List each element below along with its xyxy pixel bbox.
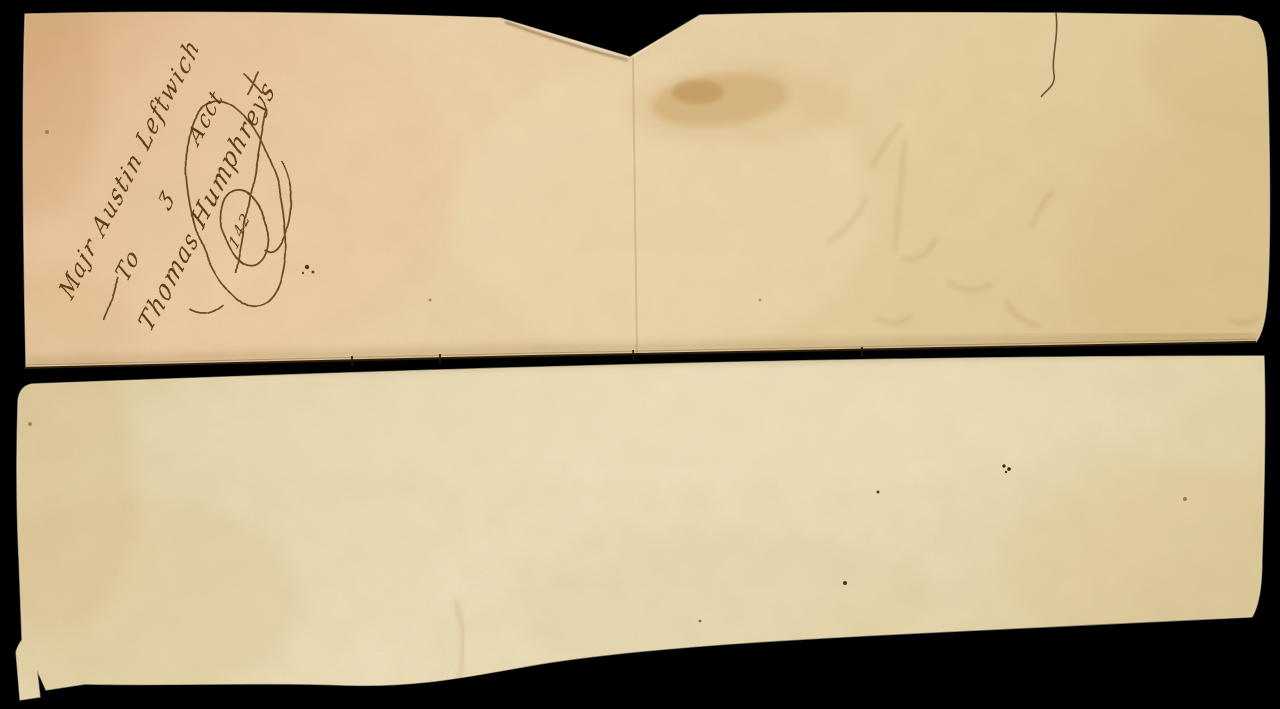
- tan-stain-core: [672, 80, 724, 104]
- document-scan-canvas: Majr Austin Leftwich To ʒ Acct Thomas Hu…: [0, 0, 1280, 709]
- scanned-document-page: Majr Austin Leftwich To ʒ Acct Thomas Hu…: [0, 0, 1280, 709]
